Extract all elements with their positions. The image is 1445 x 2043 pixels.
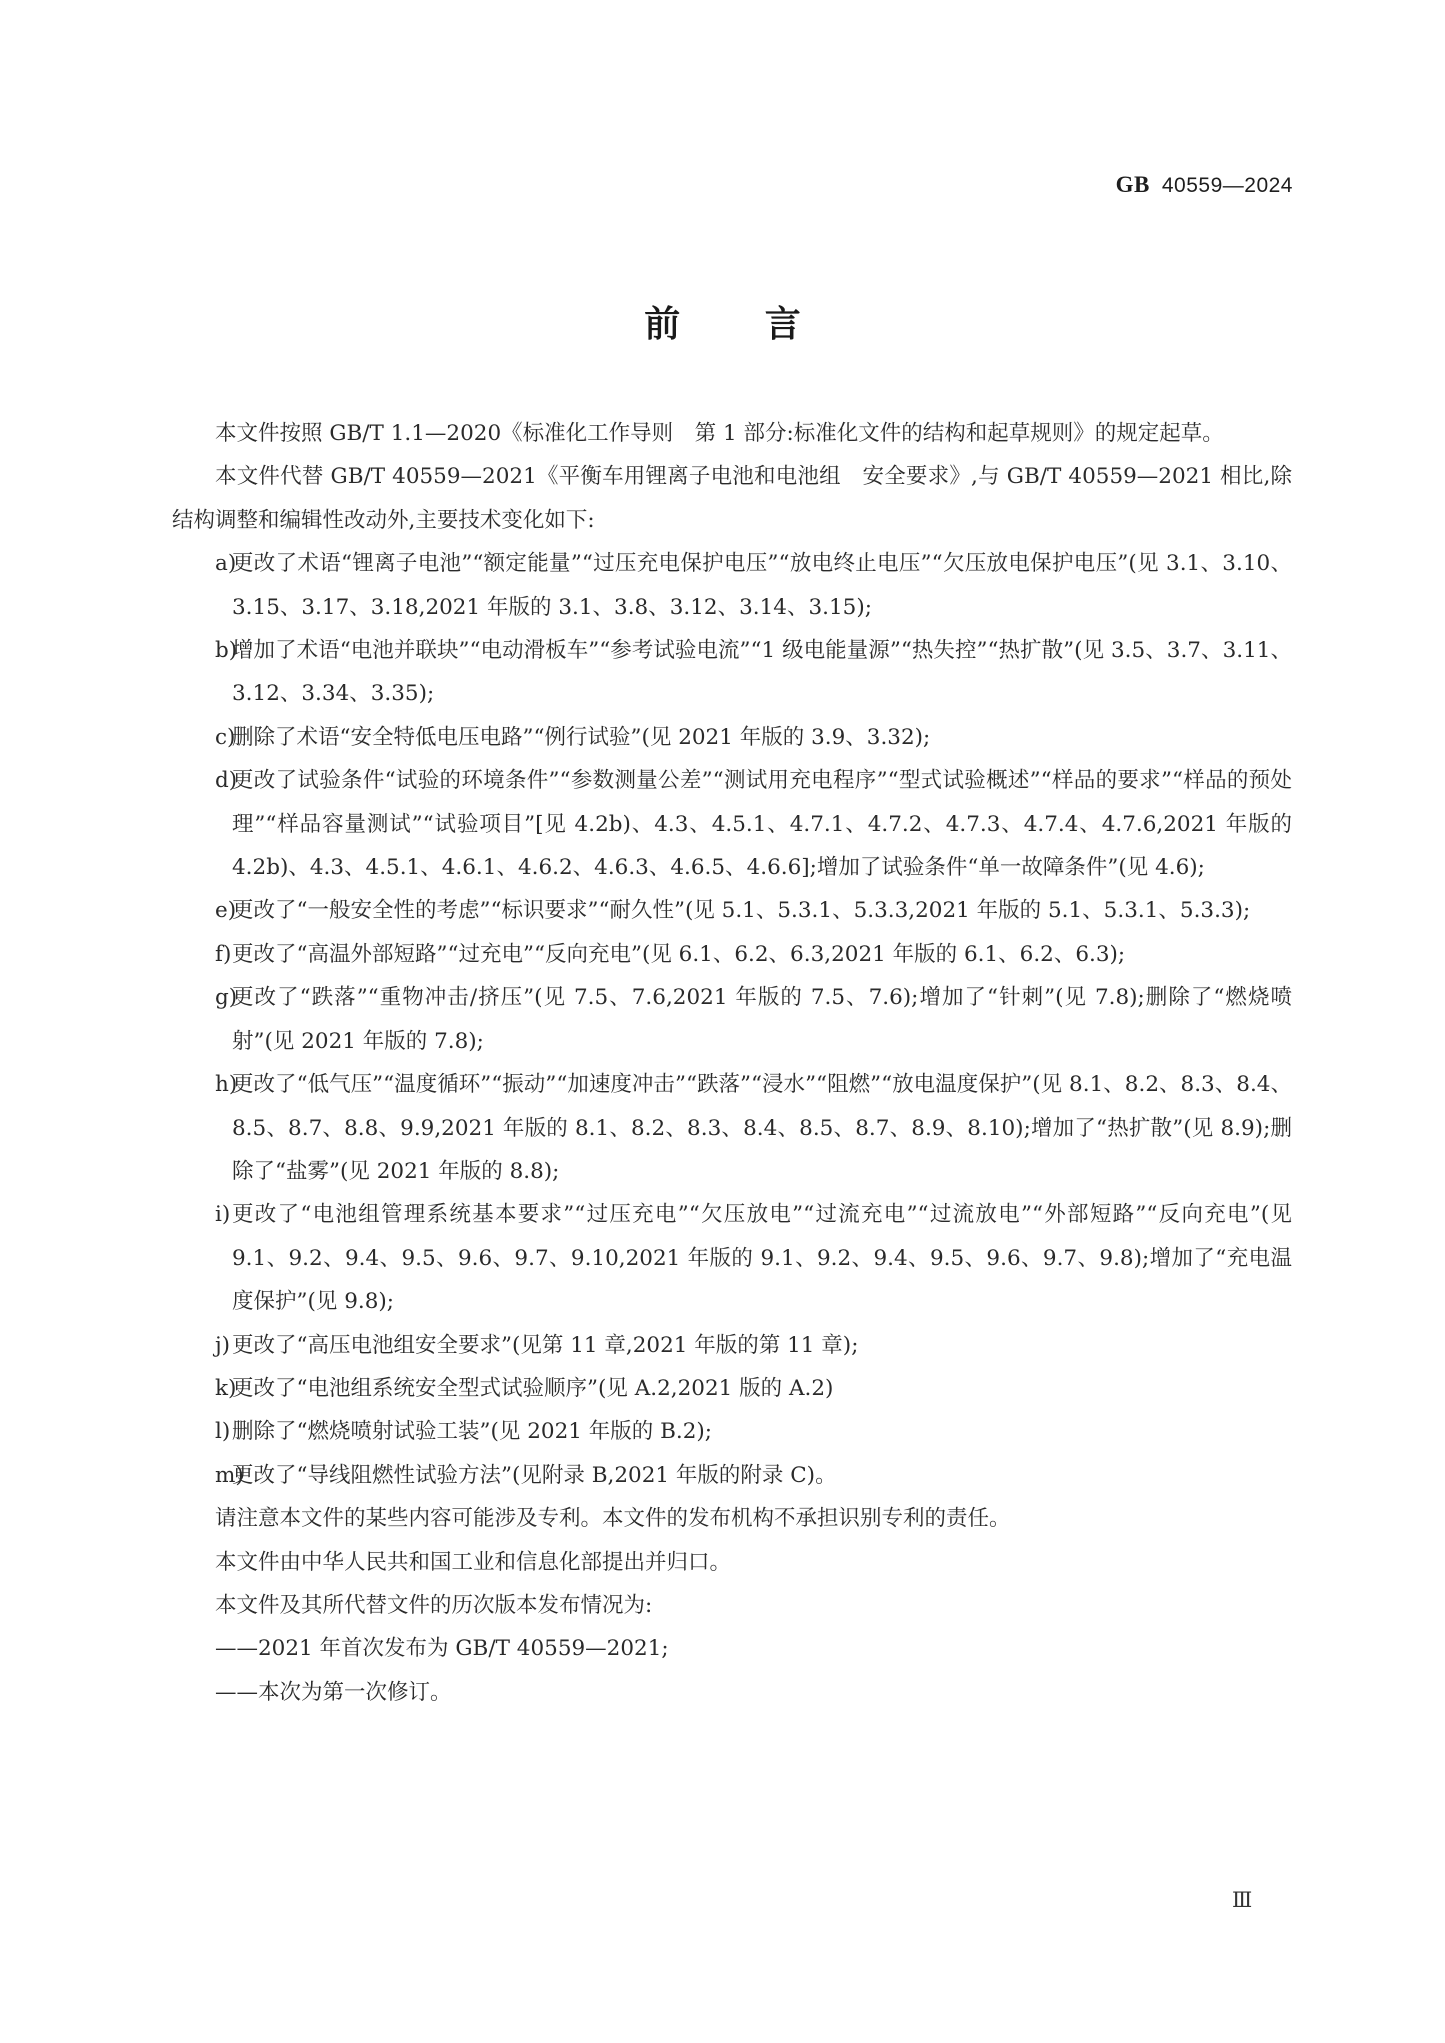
list-item-text: 更改了“低气压”“温度循环”“振动”“加速度冲击”“跌落”“浸水”“阻燃”“放电…	[232, 1072, 1292, 1184]
list-item-text: 更改了“跌落”“重物冲击/挤压”(见 7.5、7.6,2021 年版的 7.5、…	[232, 985, 1292, 1053]
list-item-text: 更改了术语“锂离子电池”“额定能量”“过压充电保护电压”“放电终止电压”“欠压放…	[232, 551, 1292, 619]
changes-list: a)更改了术语“锂离子电池”“额定能量”“过压充电保护电压”“放电终止电压”“欠…	[172, 542, 1292, 1497]
list-marker: f)	[172, 933, 245, 976]
list-item-text: 更改了“高压电池组安全要求”(见第 11 章,2021 年版的第 11 章);	[232, 1333, 858, 1358]
list-marker: e)	[172, 889, 245, 932]
intro-paragraph: 本文件按照 GB/T 1.1—2020《标准化工作导则 第 1 部分:标准化文件…	[172, 412, 1292, 455]
proposer-statement: 本文件由中华人民共和国工业和信息化部提出并归口。	[172, 1541, 1292, 1584]
list-item: e)更改了“一般安全性的考虑”“标识要求”“耐久性”(见 5.1、5.3.1、5…	[172, 889, 1292, 932]
standard-number: 40559—2024	[1162, 174, 1293, 197]
list-marker: i)	[172, 1193, 245, 1236]
list-item-text: 删除了“燃烧喷射试验工装”(见 2021 年版的 B.2);	[232, 1419, 712, 1444]
history-item: ——本次为第一次修订。	[172, 1671, 1292, 1714]
page-title: 前 言	[0, 296, 1445, 347]
list-item-text: 增加了术语“电池并联块”“电动滑板车”“参考试验电流”“1 级电能量源”“热失控…	[232, 638, 1292, 706]
list-item: b)增加了术语“电池并联块”“电动滑板车”“参考试验电流”“1 级电能量源”“热…	[172, 629, 1292, 716]
list-item: a)更改了术语“锂离子电池”“额定能量”“过压充电保护电压”“放电终止电压”“欠…	[172, 542, 1292, 629]
list-item-text: 更改了试验条件“试验的环境条件”“参数测量公差”“测试用充电程序”“型式试验概述…	[232, 768, 1292, 880]
list-item: c)删除了术语“安全特低电压电路”“例行试验”(见 2021 年版的 3.9、3…	[172, 716, 1292, 759]
list-item-text: 更改了“导线阻燃性试验方法”(见附录 B,2021 年版的附录 C)。	[232, 1463, 837, 1488]
list-item: k)更改了“电池组系统安全型式试验顺序”(见 A.2,2021 版的 A.2)	[172, 1367, 1292, 1410]
list-item-text: 更改了“高温外部短路”“过充电”“反向充电”(见 6.1、6.2、6.3,202…	[232, 942, 1125, 967]
standard-prefix: GB	[1116, 172, 1150, 197]
list-marker: l)	[172, 1410, 245, 1453]
list-marker: d)	[172, 759, 245, 802]
list-marker: g)	[172, 976, 245, 1019]
list-item-text: 更改了“电池组系统安全型式试验顺序”(见 A.2,2021 版的 A.2)	[232, 1376, 833, 1401]
list-item: i)更改了“电池组管理系统基本要求”“过压充电”“欠压放电”“过流充电”“过流放…	[172, 1193, 1292, 1323]
list-marker: j)	[172, 1324, 245, 1367]
list-marker: a)	[172, 542, 245, 585]
list-marker: c)	[172, 716, 245, 759]
list-item: m)更改了“导线阻燃性试验方法”(见附录 B,2021 年版的附录 C)。	[172, 1454, 1292, 1497]
list-item: j)更改了“高压电池组安全要求”(见第 11 章,2021 年版的第 11 章)…	[172, 1324, 1292, 1367]
document-body: 本文件按照 GB/T 1.1—2020《标准化工作导则 第 1 部分:标准化文件…	[172, 412, 1292, 1714]
list-item: h)更改了“低气压”“温度循环”“振动”“加速度冲击”“跌落”“浸水”“阻燃”“…	[172, 1063, 1292, 1193]
patent-notice: 请注意本文件的某些内容可能涉及专利。本文件的发布机构不承担识别专利的责任。	[172, 1497, 1292, 1540]
list-item: l)删除了“燃烧喷射试验工装”(见 2021 年版的 B.2);	[172, 1410, 1292, 1453]
standard-code: GB40559—2024	[1116, 172, 1293, 198]
list-marker: m)	[172, 1454, 245, 1497]
list-item-text: 删除了术语“安全特低电压电路”“例行试验”(见 2021 年版的 3.9、3.3…	[232, 725, 930, 750]
history-heading: 本文件及其所代替文件的历次版本发布情况为:	[172, 1584, 1292, 1627]
list-marker: h)	[172, 1063, 245, 1106]
page-number: Ⅲ	[1232, 1888, 1252, 1912]
list-marker: b)	[172, 629, 245, 672]
intro-paragraph: 本文件代替 GB/T 40559—2021《平衡车用锂离子电池和电池组 安全要求…	[172, 455, 1292, 542]
list-item: d)更改了试验条件“试验的环境条件”“参数测量公差”“测试用充电程序”“型式试验…	[172, 759, 1292, 889]
list-marker: k)	[172, 1367, 245, 1410]
list-item: f)更改了“高温外部短路”“过充电”“反向充电”(见 6.1、6.2、6.3,2…	[172, 933, 1292, 976]
history-item: ——2021 年首次发布为 GB/T 40559—2021;	[172, 1627, 1292, 1670]
list-item: g)更改了“跌落”“重物冲击/挤压”(见 7.5、7.6,2021 年版的 7.…	[172, 976, 1292, 1063]
list-item-text: 更改了“电池组管理系统基本要求”“过压充电”“欠压放电”“过流充电”“过流放电”…	[232, 1202, 1292, 1314]
list-item-text: 更改了“一般安全性的考虑”“标识要求”“耐久性”(见 5.1、5.3.1、5.3…	[232, 898, 1250, 923]
